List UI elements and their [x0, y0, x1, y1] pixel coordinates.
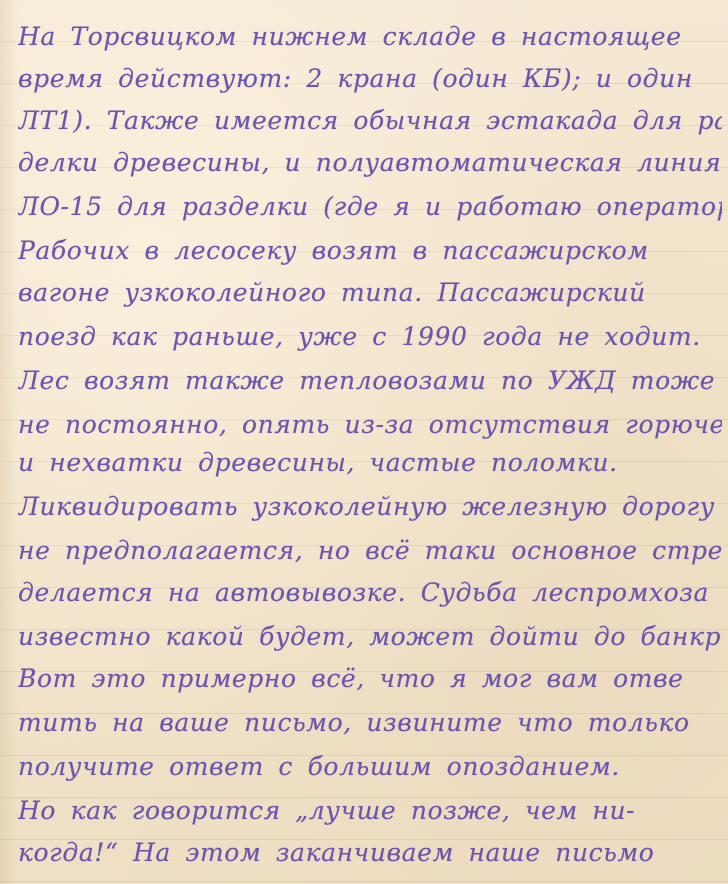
letter-line: не постоянно, опять из-за отсутствия гор… [18, 410, 722, 439]
letter-line: время действуют: 2 крана (один КБ); и од… [18, 64, 722, 93]
letter-line: когда!“ На этом заканчиваем наше письмо [18, 838, 722, 867]
letter-line: не предполагается, но всё таки основное … [18, 536, 722, 565]
letter-line: Ликвидировать узкоколейную железную доро… [18, 492, 722, 521]
letter-line: вагоне узкоколейного типа. Пассажирский [18, 278, 722, 307]
letter-line: Но как говорится „лучше позже, чем ни- [18, 796, 722, 825]
letter-line: Лес возят также тепловозами по УЖД тоже [18, 366, 722, 395]
letter-line: тить на ваше письмо, извините что только [18, 708, 722, 737]
letter-line: Рабочих в лесосеку возят в пассажирском [18, 236, 722, 265]
letter-line: ЛТ1). Также имеется обычная эстакада для… [18, 106, 722, 135]
letter-line: На Торсвицком нижнем складе в настоящее [18, 22, 722, 51]
letter-line: делается на автовывозке. Судьба леспромх… [18, 578, 722, 607]
letter-line: делки древесины, и полуавтоматическая ли… [18, 148, 722, 177]
letter-line: поезд как раньше, уже с 1990 года не ход… [18, 322, 722, 351]
letter-line: известно какой будет, может дойти до бан… [18, 622, 722, 651]
letter-line: ЛО-15 для разделки (где я и работаю опер… [18, 192, 722, 221]
letter-line: Вот это примерно всё, что я мог вам отве [18, 664, 722, 693]
handwritten-letter: На Торсвицком нижнем складе в настоящее … [0, 0, 728, 884]
letter-line: и нехватки древесины, частые поломки. [18, 448, 722, 477]
letter-line: получите ответ с большим опозданием. [18, 752, 722, 781]
